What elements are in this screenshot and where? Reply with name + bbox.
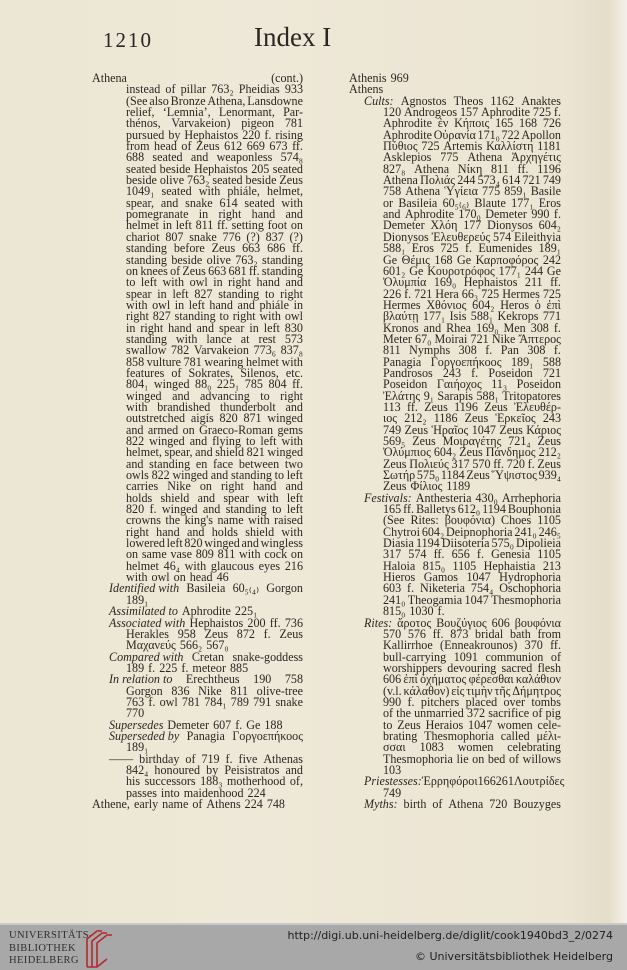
footer-bar: UNIVERSITÄTS- BIBLIOTHEK HEIDELBERG http… [0, 923, 627, 970]
index-line: Myths:birthofAthena720Bouzyges [349, 799, 561, 810]
index-line: orBasileia60₅₍₆₎Blaute177₁Eros [349, 198, 561, 209]
library-name-line: UNIVERSITÄTS- [9, 930, 93, 943]
page-title: Index I [254, 22, 331, 53]
scanned-page: 1210 Index I Athena(cont.)insteadofpilla… [0, 0, 627, 923]
library-logo-icon [84, 927, 118, 969]
running-head: 1210 Index I [0, 22, 627, 56]
index-line: 763f.owl781784₁789791snake [92, 697, 303, 708]
permalink-url[interactable]: http://digi.ub.uni-heidelberg.de/diglit/… [288, 929, 614, 942]
index-line: Superseded byPanagiaΓοργοεπήκοος [92, 731, 303, 742]
library-name-line: HEIDELBERG [9, 955, 93, 968]
copyright-notice: © Universitätsbibliothek Heidelberg [415, 950, 613, 963]
index-line: Athene,earlynameofAthens224748 [92, 799, 303, 810]
index-line: 804₁winged88₀225₁785804ff. [92, 379, 303, 390]
index-line: Associated withHephaistos200ff.736 [92, 618, 303, 629]
index-line: Thesmophorialieonbedofwillows [349, 754, 561, 765]
index-column-left: Athena(cont.)insteadofpillar763₂Pheidias… [92, 73, 303, 810]
index-line: Asklepios775AthenaἈρχηγέτις [349, 152, 561, 163]
index-line: 241₀Theogamia1047Thesmophoria [349, 595, 561, 606]
library-name: UNIVERSITÄTS- BIBLIOTHEK HEIDELBERG [9, 930, 93, 968]
index-line: Priestesses:Ἐρρηφόροι166261Λουτρίδες [349, 776, 561, 787]
page-number: 1210 [103, 28, 153, 53]
library-name-line: BIBLIOTHEK [9, 943, 93, 956]
index-column-right: Athenis969AthensCults:AgnostosTheos1162A… [349, 73, 561, 810]
index-line: Identified withBasileia60₅₍₄₎Gorgon [92, 583, 303, 594]
